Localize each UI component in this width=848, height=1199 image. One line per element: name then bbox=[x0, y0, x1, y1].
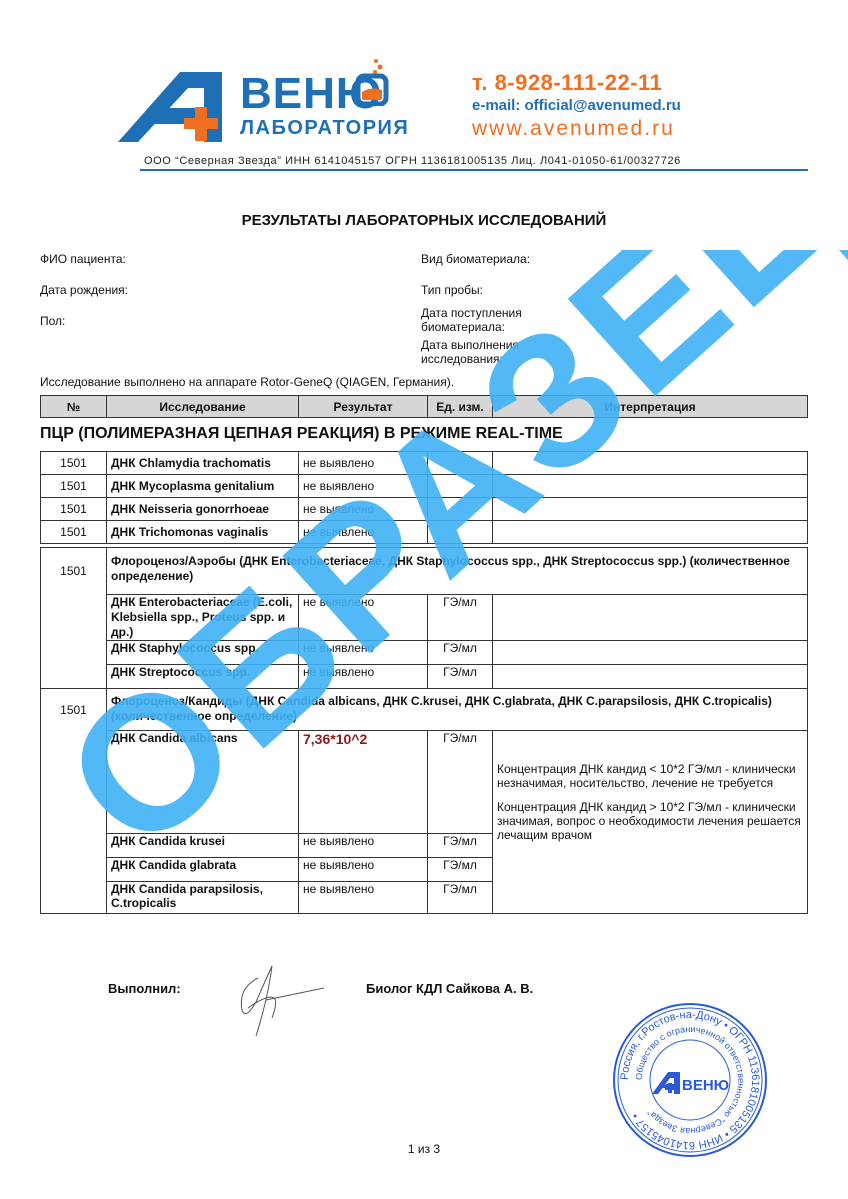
test-unit bbox=[428, 498, 493, 521]
test-name: ДНК Trichomonas vaginalis bbox=[107, 521, 299, 544]
col-header-unit: Ед. изм. bbox=[428, 396, 493, 418]
test-result: не выявлено bbox=[299, 521, 428, 544]
test-unit bbox=[428, 475, 493, 498]
candida-result-parapsilosis: не выявлено bbox=[299, 882, 428, 914]
table-row: 1501ДНК Neisseria gonorrhoeaeне выявлено bbox=[41, 498, 808, 521]
test-code: 1501 bbox=[41, 498, 107, 521]
results-table-simple: 1501ДНК Chlamydia trachomatisне выявлено… bbox=[40, 451, 808, 544]
signer-name: Биолог КДЛ Сайкова А. В. bbox=[366, 981, 533, 996]
test-result: не выявлено bbox=[299, 452, 428, 475]
test-name: ДНК Chlamydia trachomatis bbox=[107, 452, 299, 475]
device-note: Исследование выполнено на аппарате Rotor… bbox=[40, 375, 454, 389]
aerobes-unit-enterobacteriaceae: ГЭ/мл bbox=[428, 595, 493, 641]
performed-date-label: Дата выполнения исследования: bbox=[421, 338, 519, 366]
test-interpretation bbox=[493, 475, 808, 498]
flask-icon bbox=[354, 58, 390, 106]
patient-name-label: ФИО пациента: bbox=[40, 252, 126, 266]
aerobes-test-streptococcus: ДНК Streptococcus spp. bbox=[107, 665, 299, 689]
test-result: не выявлено bbox=[299, 498, 428, 521]
table-row: 1501ДНК Mycoplasma genitaliumне выявлено bbox=[41, 475, 808, 498]
col-header-test: Исследование bbox=[107, 396, 299, 418]
company-stamp: Россия, г.Ростов-на-Дону • ОГРН 11361810… bbox=[610, 1000, 770, 1160]
candida-title: Флороценоз/Кандиды (ДНК Candida albicans… bbox=[107, 689, 808, 731]
test-interpretation bbox=[493, 498, 808, 521]
contacts-block: т. 8-928-111-22-11 e-mail: official@aven… bbox=[472, 70, 681, 142]
header-divider bbox=[140, 169, 808, 171]
test-result: не выявлено bbox=[299, 475, 428, 498]
candida-result-krusei: не выявлено bbox=[299, 834, 428, 858]
email-address[interactable]: e-mail: official@avenumed.ru bbox=[472, 96, 681, 116]
candida-unit-albicans: ГЭ/мл bbox=[428, 731, 493, 834]
test-unit bbox=[428, 521, 493, 544]
aerobes-interp-streptococcus bbox=[493, 665, 808, 689]
candida-unit-glabrata: ГЭ/мл bbox=[428, 858, 493, 882]
interpretation-high: Концентрация ДНК кандид > 10*2 ГЭ/мл - к… bbox=[497, 800, 803, 842]
candida-interpretation: Концентрация ДНК кандид < 10*2 ГЭ/мл - к… bbox=[493, 731, 808, 914]
aerobes-test-staphylococcus: ДНК Staphylococcus spp. bbox=[107, 641, 299, 665]
results-table-candida: 1501 Флороценоз/Кандиды (ДНК Candida alb… bbox=[40, 688, 808, 914]
section-title-pcr: ПЦР (ПОЛИМЕРАЗНАЯ ЦЕПНАЯ РЕАКЦИЯ) В РЕЖИ… bbox=[40, 425, 563, 443]
test-name: ДНК Neisseria gonorrhoeae bbox=[107, 498, 299, 521]
aerobes-unit-streptococcus: ГЭ/мл bbox=[428, 665, 493, 689]
birth-date-label: Дата рождения: bbox=[40, 283, 128, 297]
aerobes-title: Флороценоз/Аэробы (ДНК Enterobacteriacea… bbox=[107, 548, 808, 595]
candida-result-glabrata: не выявлено bbox=[299, 858, 428, 882]
aerobes-result-staphylococcus: не выявлено bbox=[299, 641, 428, 665]
received-date-label: Дата поступления биоматериала: bbox=[421, 306, 522, 334]
aerobes-interp-enterobacteriaceae bbox=[493, 595, 808, 641]
test-code: 1501 bbox=[41, 475, 107, 498]
phone-number: т. 8-928-111-22-11 bbox=[472, 70, 681, 96]
test-code: 1501 bbox=[41, 521, 107, 544]
aerobes-result-streptococcus: не выявлено bbox=[299, 665, 428, 689]
candida-unit-krusei: ГЭ/мл bbox=[428, 834, 493, 858]
candida-result-albicans: 7,36*10^2 bbox=[299, 731, 428, 834]
table-row: 1501ДНК Trichomonas vaginalisне выявлено bbox=[41, 521, 808, 544]
svg-text:ВЕНЮ: ВЕНЮ bbox=[682, 1077, 729, 1094]
table-row: 1501ДНК Chlamydia trachomatisне выявлено bbox=[41, 452, 808, 475]
col-header-result: Результат bbox=[299, 396, 428, 418]
candida-unit-parapsilosis: ГЭ/мл bbox=[428, 882, 493, 914]
test-interpretation bbox=[493, 521, 808, 544]
page-number: 1 из 3 bbox=[0, 1142, 848, 1156]
company-logo: ВЕНЮ ЛАБОРАТОРИЯ bbox=[118, 66, 448, 146]
results-table-aerobes: 1501 Флороценоз/Аэробы (ДНК Enterobacter… bbox=[40, 547, 808, 689]
candida-test-parapsilosis: ДНК Candida parapsilosis, C.tropicalis bbox=[107, 882, 299, 914]
candida-test-krusei: ДНК Candida krusei bbox=[107, 834, 299, 858]
sex-label: Пол: bbox=[40, 314, 65, 328]
test-unit bbox=[428, 452, 493, 475]
test-interpretation bbox=[493, 452, 808, 475]
aerobes-test-enterobacteriaceae: ДНК Enterobacteriaceae (E.coli, Klebsiel… bbox=[107, 595, 299, 641]
results-table-header: № Исследование Результат Ед. изм. Интерп… bbox=[40, 395, 808, 418]
test-code: 1501 bbox=[41, 452, 107, 475]
performed-by-label: Выполнил: bbox=[108, 981, 181, 996]
company-requisites: ООО “Северная Звезда” ИНН 6141045157 ОГР… bbox=[144, 155, 681, 167]
candida-test-glabrata: ДНК Candida glabrata bbox=[107, 858, 299, 882]
aerobes-result-enterobacteriaceae: не выявлено bbox=[299, 595, 428, 641]
document-title: РЕЗУЛЬТАТЫ ЛАБОРАТОРНЫХ ИССЛЕДОВАНИЙ bbox=[0, 212, 848, 229]
signature-image bbox=[228, 958, 328, 1038]
biomaterial-label: Вид биоматериала: bbox=[421, 252, 530, 266]
aerobes-code: 1501 bbox=[41, 548, 107, 689]
col-header-number: № bbox=[41, 396, 107, 418]
logo-subtitle: ЛАБОРАТОРИЯ bbox=[240, 118, 409, 138]
sample-type-label: Тип пробы: bbox=[421, 283, 483, 297]
aerobes-interp-staphylococcus bbox=[493, 641, 808, 665]
candida-code: 1501 bbox=[41, 689, 107, 914]
website-link[interactable]: www.avenumed.ru bbox=[472, 116, 681, 142]
logo-a-plus-icon bbox=[118, 66, 243, 146]
candida-test-albicans: ДНК Candida albicans bbox=[107, 731, 299, 834]
aerobes-unit-staphylococcus: ГЭ/мл bbox=[428, 641, 493, 665]
interpretation-low: Концентрация ДНК кандид < 10*2 ГЭ/мл - к… bbox=[497, 762, 803, 790]
col-header-interpretation: Интерпретация bbox=[493, 396, 808, 418]
test-name: ДНК Mycoplasma genitalium bbox=[107, 475, 299, 498]
